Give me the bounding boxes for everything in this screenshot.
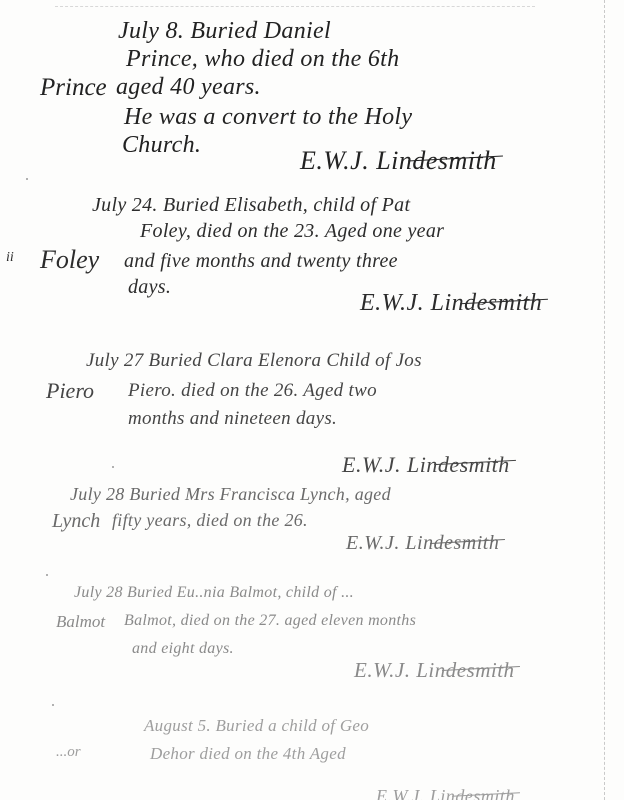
margin-mark: ii	[6, 250, 14, 266]
entry-line: Church.	[122, 132, 201, 159]
entry-line: July 28 Buried Eu..nia Balmot, child of …	[74, 584, 354, 602]
priest-signature: E.W.J. Lindesmith	[354, 658, 515, 683]
entry-line: August 5. Buried a child of Geo	[144, 716, 369, 736]
entry-line: Dehor died on the 4th Aged	[150, 744, 346, 764]
priest-signature: E.W.J. Lindesmith	[300, 146, 497, 176]
scan-speck	[26, 178, 28, 180]
entry-line: months and nineteen days.	[128, 408, 337, 430]
entry-line: and five months and twenty three	[124, 250, 398, 273]
entry-line: and eight days.	[132, 640, 234, 658]
scan-speck	[46, 574, 48, 576]
priest-signature: E.W.J. Lindesmith	[342, 452, 510, 478]
register-page: July 8. Buried Daniel Prince, who died o…	[0, 0, 624, 800]
entry-line: He was a convert to the Holy	[124, 104, 412, 131]
entry-line: Foley, died on the 23. Aged one year	[140, 220, 444, 243]
entry-line: fifty years, died on the 26.	[112, 510, 308, 531]
entry-line: Prince, who died on the 6th	[126, 46, 399, 73]
entry-line: Piero. died on the 26. Aged two	[128, 380, 377, 402]
margin-name: Lynch	[52, 510, 100, 533]
entry-line: days.	[128, 276, 171, 299]
top-rule-line	[55, 6, 535, 7]
entry-line: July 8. Buried Daniel	[118, 18, 331, 45]
scan-speck	[112, 466, 114, 468]
entry-line: July 24. Buried Elisabeth, child of Pat	[92, 194, 410, 217]
entry-line: July 28 Buried Mrs Francisca Lynch, aged	[70, 484, 391, 505]
priest-signature: E.W.J. Lindesmith	[376, 786, 515, 800]
margin-name: Prince	[40, 74, 107, 102]
entry-line: July 27 Buried Clara Elenora Child of Jo…	[86, 350, 422, 372]
margin-name: ...or	[56, 744, 81, 761]
scan-speck	[52, 704, 54, 706]
margin-name: Foley	[40, 245, 99, 275]
priest-signature: E.W.J. Lindesmith	[346, 532, 499, 555]
margin-name: Piero	[46, 378, 94, 404]
entry-line: aged 40 years.	[116, 74, 261, 101]
margin-name: Balmot	[56, 612, 105, 632]
page-edge-line	[604, 0, 605, 800]
priest-signature: E.W.J. Lindesmith	[360, 290, 542, 317]
entry-line: Balmot, died on the 27. aged eleven mont…	[124, 612, 416, 630]
